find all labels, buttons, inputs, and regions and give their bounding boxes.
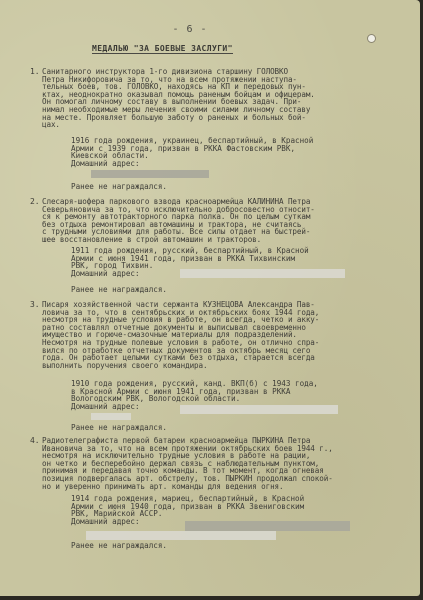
- section-heading: МЕДАЛЬЮ "ЗА БОЕВЫЕ ЗАСЛУГИ": [92, 44, 233, 54]
- entry-number: 3.: [30, 301, 40, 309]
- award-entry-3: 3. Писаря хозяйственной части сержанта К…: [30, 301, 366, 369]
- award-entry-2: 2. Слесаря-шофера паркового взвода красн…: [30, 198, 366, 244]
- entry-previous-awards: Ранее не награждался.: [71, 182, 167, 191]
- entry-previous-awards: Ранее не награждался.: [71, 541, 167, 550]
- award-entry-1: 1. Санитарного инструктора 1-го дивизион…: [30, 68, 366, 129]
- entry-number: 4.: [30, 437, 40, 445]
- redaction-bar: [86, 531, 276, 540]
- redaction-bar: [180, 269, 345, 278]
- redaction-bar: [185, 521, 350, 531]
- redaction-bar: [91, 170, 209, 178]
- entry-previous-awards: Ранее не награждался.: [71, 285, 167, 294]
- entry-number: 2.: [30, 198, 40, 206]
- entry-bio: 1916 года рождения, украинец, беспартийн…: [71, 137, 366, 167]
- entry-citation: Санитарного инструктора 1-го дивизиона с…: [42, 68, 366, 129]
- punch-hole-icon: [367, 34, 376, 43]
- entry-citation: Писаря хозяйственной части сержанта КУЗН…: [42, 301, 366, 369]
- award-entry-4: 4. Радиотелеграфиста первой батареи крас…: [30, 437, 366, 490]
- entry-previous-awards: Ранее не награждался.: [71, 423, 167, 432]
- redaction-bar: [91, 413, 131, 420]
- entry-number: 1.: [30, 68, 40, 76]
- page-number: - 6 -: [0, 24, 380, 35]
- redaction-bar: [180, 405, 338, 414]
- entry-citation: Слесаря-шофера паркового взвода красноар…: [42, 198, 366, 244]
- document-page: - 6 - МЕДАЛЬЮ "ЗА БОЕВЫЕ ЗАСЛУГИ" 1. Сан…: [0, 0, 420, 596]
- entry-citation: Радиотелеграфиста первой батареи красноа…: [42, 437, 366, 490]
